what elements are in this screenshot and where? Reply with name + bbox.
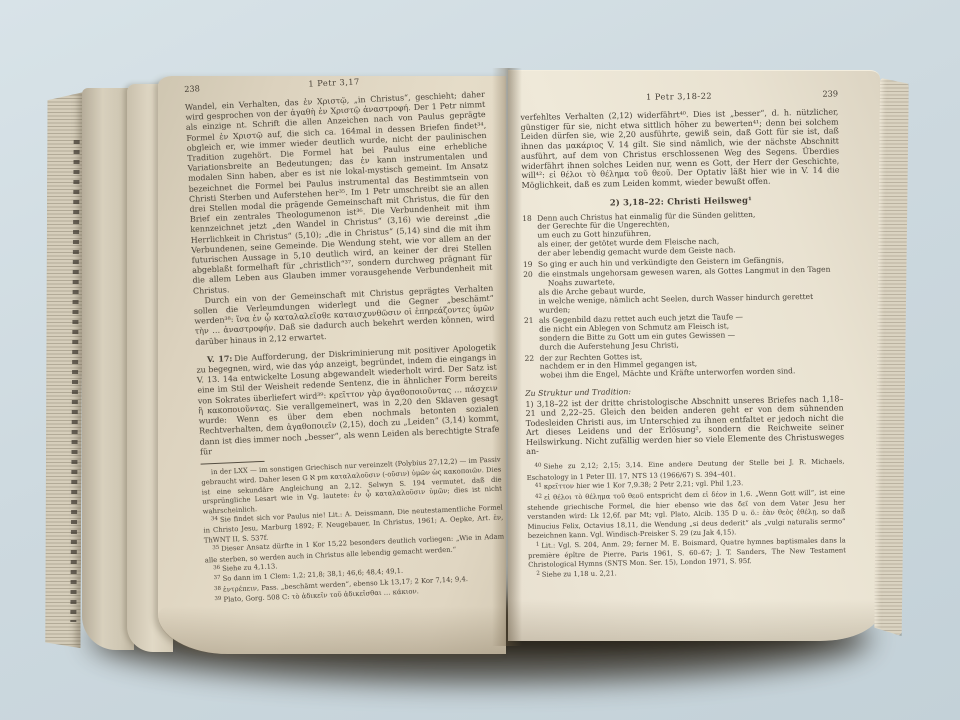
verse-number: 20 bbox=[523, 271, 539, 315]
left-footnotes: in der LXX — im sonstigen Griechisch nur… bbox=[201, 455, 507, 607]
verse-text: die einstmals ungehorsam gewesen waren, … bbox=[538, 266, 842, 315]
footnote-marker: 35 bbox=[212, 545, 219, 551]
left-running-head: 238 1 Petr 3,17 bbox=[184, 71, 484, 94]
verse-number: 18 bbox=[522, 214, 538, 258]
section-heading: 2) 3,18–22: Christi Heilsweg¹ bbox=[522, 193, 840, 209]
footnote-text: Siehe zu 4,1.13. bbox=[222, 562, 278, 572]
verse-text: der zur Rechten Gottes ist, nachdem er i… bbox=[540, 349, 843, 381]
footnote-marker: 1 bbox=[536, 541, 540, 547]
body-paragraph: Wandel, ein Verhalten, das ἐν Χριστῷ, „i… bbox=[185, 90, 493, 297]
footnote: 42εἰ θέλοι τὸ θέλημα τοῦ θεοῦ entspricht… bbox=[527, 488, 846, 542]
left-page-number: 238 bbox=[184, 83, 218, 94]
right-page-block-edge bbox=[874, 78, 909, 636]
footnote-marker: 42 bbox=[535, 493, 542, 499]
verse-number: 21 bbox=[524, 317, 540, 352]
verse-row: 22der zur Rechten Gottes ist, nachdem er… bbox=[525, 349, 843, 381]
verse-translation-block: 18Denn auch Christus hat einmalig für di… bbox=[522, 209, 843, 381]
footnote-text: Lit.: Vgl. S. 204, Anm. 29; ferner M. E.… bbox=[528, 536, 846, 569]
footnote-marker: 38 bbox=[214, 586, 221, 592]
footnote-marker: 41 bbox=[535, 483, 542, 489]
verse-row: 20die einstmals ungehorsam gewesen waren… bbox=[523, 266, 842, 316]
footnote-marker: 36 bbox=[213, 565, 220, 571]
runhead-spacer bbox=[450, 79, 484, 80]
right-page-number: 239 bbox=[804, 88, 838, 99]
footnote-marker: 37 bbox=[213, 575, 220, 581]
footnote-marker: 2 bbox=[536, 571, 540, 577]
body-paragraph: 1) 3,18–22 ist der dritte christologisch… bbox=[525, 394, 844, 456]
right-page-text: 1 Petr 3,18-22 239 verfehltes Verhalten … bbox=[520, 88, 846, 581]
footnote-marker: 39 bbox=[214, 596, 221, 602]
body-paragraph: V. 17:Die Aufforderung, der Diskriminier… bbox=[196, 342, 500, 458]
footnote-text: Siehe zu 1,18 u. 2,21. bbox=[542, 569, 617, 578]
verse-comment-lead: V. 17: bbox=[207, 353, 233, 364]
verse-text: Denn auch Christus hat einmalig für die … bbox=[537, 209, 841, 258]
verse-number: 22 bbox=[525, 354, 540, 381]
verse-comment-text: Die Aufforderung, der Diskriminierung mi… bbox=[196, 343, 499, 457]
photo-of-open-book: 238 1 Petr 3,17 Wandel, ein Verhalten, d… bbox=[0, 0, 960, 720]
verse-row: 18Denn auch Christus hat einmalig für di… bbox=[522, 209, 841, 259]
runhead-spacer bbox=[520, 101, 554, 102]
left-page-text: 238 1 Petr 3,17 Wandel, ein Verhalten, d… bbox=[184, 71, 507, 607]
right-footnotes: 40Siehe zu 2,12; 2,15; 3,14. Eine andere… bbox=[526, 458, 846, 581]
verse-number: 19 bbox=[523, 260, 538, 269]
footnote-text: εἰ θέλοι τὸ θέλημα τοῦ θεοῦ entspricht d… bbox=[527, 488, 845, 540]
footnote-marker: 34 bbox=[211, 516, 218, 522]
verse-text: als Gegenbild dazu rettet auch euch jetz… bbox=[539, 312, 843, 352]
footnote-marker: 40 bbox=[534, 463, 541, 469]
body-paragraph: verfehltes Verhalten (2,12) widerfährt⁴⁰… bbox=[520, 107, 839, 190]
verse-row: 21als Gegenbild dazu rettet auch euch je… bbox=[524, 312, 843, 353]
footnote-separator bbox=[201, 461, 265, 465]
